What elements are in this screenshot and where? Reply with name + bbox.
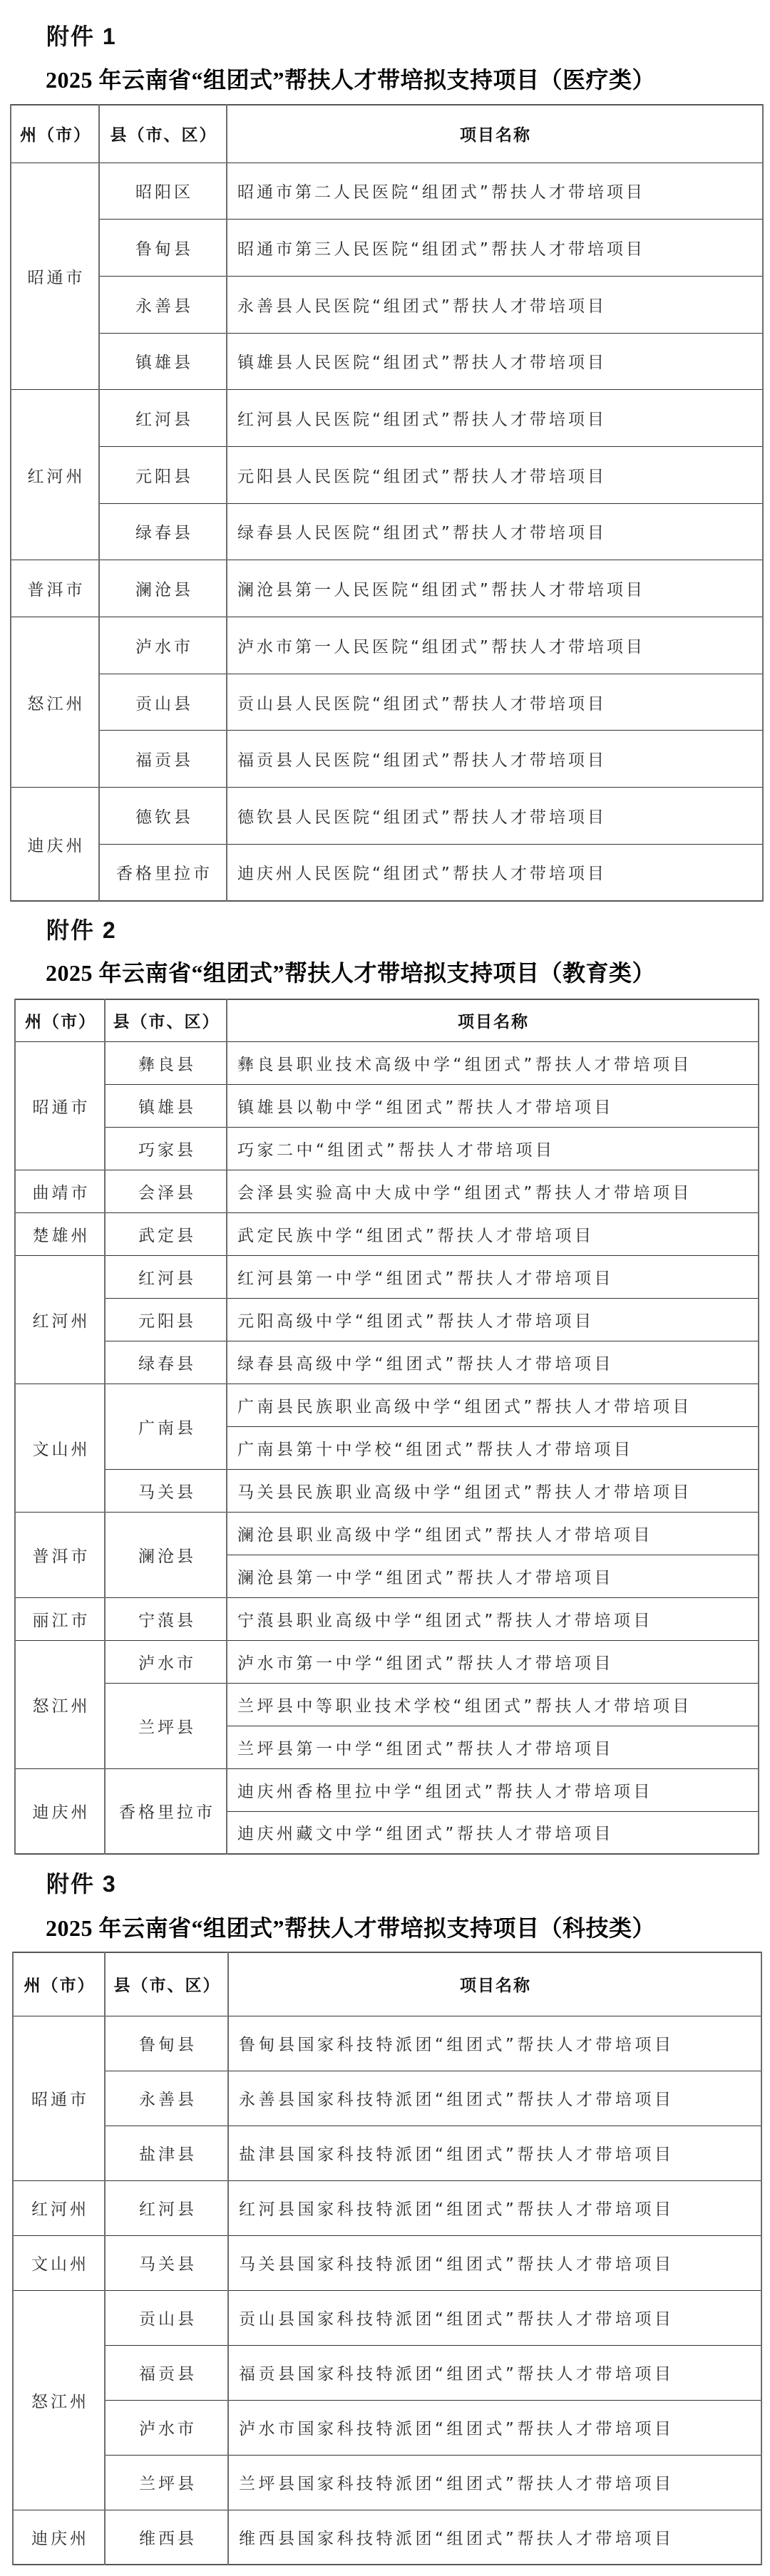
county-cell: 巧家县 — [105, 1127, 227, 1170]
table-row: 兰坪县 兰坪县国家科技特派团“组团式”帮扶人才带培项目 — [13, 2455, 761, 2510]
project-cell: 德钦县人民医院“组团式”帮扶人才带培项目 — [227, 788, 763, 845]
county-cell: 武定县 — [105, 1212, 227, 1255]
table-row: 镇雄县 镇雄县人民医院“组团式”帮扶人才带培项目 — [11, 333, 763, 390]
attachment-title: 2025 年云南省“组团式”帮扶人才带培拟支持项目（科技类） — [46, 1915, 655, 1942]
header-project: 项目名称 — [227, 105, 763, 163]
county-cell: 香格里拉市 — [105, 1768, 227, 1854]
table-row: 红河州 红河县 红河县第一中学“组团式”帮扶人才带培项目 — [15, 1255, 759, 1298]
project-cell: 澜沧县第一中学“组团式”帮扶人才带培项目 — [227, 1555, 759, 1597]
table-row: 福贡县 福贡县国家科技特派团“组团式”帮扶人才带培项目 — [13, 2345, 761, 2400]
prefecture-cell: 红河州 — [13, 2180, 105, 2235]
project-cell: 广南县民族职业高级中学“组团式”帮扶人才带培项目 — [227, 1384, 759, 1426]
project-cell: 宁蒗县职业高级中学“组团式”帮扶人才带培项目 — [227, 1597, 759, 1640]
prefecture-cell: 怒江州 — [15, 1640, 105, 1768]
county-cell: 泸水市 — [99, 617, 227, 674]
table-row: 镇雄县 镇雄县以勒中学“组团式”帮扶人才带培项目 — [15, 1084, 759, 1127]
table-row: 昭通市 彝良县 彝良县职业技术高级中学“组团式”帮扶人才带培项目 — [15, 1041, 759, 1084]
county-cell: 宁蒗县 — [105, 1597, 227, 1640]
project-cell: 鲁甸县国家科技特派团“组团式”帮扶人才带培项目 — [228, 2016, 761, 2071]
county-cell: 兰坪县 — [105, 1683, 227, 1768]
prefecture-cell: 怒江州 — [11, 617, 99, 788]
table-row: 昭通市 鲁甸县 鲁甸县国家科技特派团“组团式”帮扶人才带培项目 — [13, 2016, 761, 2071]
project-cell: 兰坪县第一中学“组团式”帮扶人才带培项目 — [227, 1726, 759, 1768]
table-row: 红河州 红河县 红河县国家科技特派团“组团式”帮扶人才带培项目 — [13, 2180, 761, 2235]
project-cell: 兰坪县国家科技特派团“组团式”帮扶人才带培项目 — [228, 2455, 761, 2510]
project-cell: 盐津县国家科技特派团“组团式”帮扶人才带培项目 — [228, 2126, 761, 2180]
attachment-title: 2025 年云南省“组团式”帮扶人才带培拟支持项目（医疗类） — [46, 66, 655, 93]
county-cell: 马关县 — [105, 1469, 227, 1512]
county-cell: 维西县 — [105, 2510, 228, 2565]
table-row: 怒江州 泸水市 泸水市第一人民医院“组团式”帮扶人才带培项目 — [11, 617, 763, 674]
county-cell: 广南县 — [105, 1384, 227, 1469]
table-row: 泸水市 泸水市国家科技特派团“组团式”帮扶人才带培项目 — [13, 2400, 761, 2455]
county-cell: 元阳县 — [99, 446, 227, 503]
county-cell: 福贡县 — [99, 731, 227, 788]
project-cell: 昭通市第三人民医院“组团式”帮扶人才带培项目 — [227, 220, 763, 277]
county-cell: 永善县 — [105, 2071, 228, 2126]
county-cell: 红河县 — [105, 1255, 227, 1298]
table-row: 普洱市 澜沧县 澜沧县职业高级中学“组团式”帮扶人才带培项目 — [15, 1512, 759, 1555]
attachment-label: 附件 1 — [46, 24, 117, 49]
project-cell: 红河县国家科技特派团“组团式”帮扶人才带培项目 — [228, 2180, 761, 2235]
county-cell: 红河县 — [99, 390, 227, 447]
project-cell: 巧家二中“组团式”帮扶人才带培项目 — [227, 1127, 759, 1170]
table-row: 巧家县 巧家二中“组团式”帮扶人才带培项目 — [15, 1127, 759, 1170]
header-county: 县（市、区） — [105, 1952, 228, 2016]
prefecture-cell: 迪庆州 — [15, 1768, 105, 1854]
county-cell: 香格里拉市 — [99, 844, 227, 901]
county-cell: 会泽县 — [105, 1170, 227, 1212]
project-cell: 迪庆州藏文中学“组团式”帮扶人才带培项目 — [227, 1811, 759, 1854]
prefecture-cell: 楚雄州 — [15, 1212, 105, 1255]
document-page: 附件 1 2025 年云南省“组团式”帮扶人才带培拟支持项目（医疗类） 州（市）… — [0, 0, 770, 2576]
project-cell: 泸水市第一中学“组团式”帮扶人才带培项目 — [227, 1640, 759, 1683]
prefecture-cell: 迪庆州 — [13, 2510, 105, 2565]
county-cell: 绿春县 — [99, 503, 227, 560]
project-cell: 绿春县高级中学“组团式”帮扶人才带培项目 — [227, 1341, 759, 1384]
table-row: 元阳县 元阳高级中学“组团式”帮扶人才带培项目 — [15, 1298, 759, 1341]
table-row: 普洱市 澜沧县 澜沧县第一人民医院“组团式”帮扶人才带培项目 — [11, 560, 763, 617]
project-cell: 绿春县人民医院“组团式”帮扶人才带培项目 — [227, 503, 763, 560]
prefecture-cell: 红河州 — [11, 390, 99, 560]
project-cell: 泸水市第一人民医院“组团式”帮扶人才带培项目 — [227, 617, 763, 674]
prefecture-cell: 普洱市 — [15, 1512, 105, 1597]
table-row: 元阳县 元阳县人民医院“组团式”帮扶人才带培项目 — [11, 446, 763, 503]
table-row: 绿春县 绿春县人民医院“组团式”帮扶人才带培项目 — [11, 503, 763, 560]
prefecture-cell: 丽江市 — [15, 1597, 105, 1640]
medical-project-table: 州（市） 县（市、区） 项目名称 昭通市 昭阳区 昭通市第二人民医院“组团式”帮… — [10, 104, 764, 902]
attachment-label: 附件 3 — [46, 1871, 117, 1897]
prefecture-cell: 怒江州 — [13, 2290, 105, 2510]
county-cell: 福贡县 — [105, 2345, 228, 2400]
project-cell: 元阳高级中学“组团式”帮扶人才带培项目 — [227, 1298, 759, 1341]
project-cell: 红河县第一中学“组团式”帮扶人才带培项目 — [227, 1255, 759, 1298]
county-cell: 镇雄县 — [99, 333, 227, 390]
project-cell: 镇雄县以勒中学“组团式”帮扶人才带培项目 — [227, 1084, 759, 1127]
county-cell: 鲁甸县 — [105, 2016, 228, 2071]
project-cell: 迪庆州香格里拉中学“组团式”帮扶人才带培项目 — [227, 1768, 759, 1811]
project-cell: 广南县第十中学校“组团式”帮扶人才带培项目 — [227, 1426, 759, 1469]
table-row: 迪庆州 维西县 维西县国家科技特派团“组团式”帮扶人才带培项目 — [13, 2510, 761, 2565]
table-row: 永善县 永善县国家科技特派团“组团式”帮扶人才带培项目 — [13, 2071, 761, 2126]
project-cell: 会泽县实验高中大成中学“组团式”帮扶人才带培项目 — [227, 1170, 759, 1212]
table-header-row: 州（市） 县（市、区） 项目名称 — [11, 105, 763, 163]
prefecture-cell: 昭通市 — [13, 2016, 105, 2180]
header-project: 项目名称 — [228, 1952, 761, 2016]
table-row: 怒江州 贡山县 贡山县国家科技特派团“组团式”帮扶人才带培项目 — [13, 2290, 761, 2345]
header-county: 县（市、区） — [99, 105, 227, 163]
project-cell: 永善县人民医院“组团式”帮扶人才带培项目 — [227, 276, 763, 333]
project-cell: 澜沧县职业高级中学“组团式”帮扶人才带培项目 — [227, 1512, 759, 1555]
county-cell: 贡山县 — [105, 2290, 228, 2345]
county-cell: 昭阳区 — [99, 163, 227, 220]
header-prefecture: 州（市） — [11, 105, 99, 163]
table-row: 福贡县 福贡县人民医院“组团式”帮扶人才带培项目 — [11, 731, 763, 788]
prefecture-cell: 红河州 — [15, 1255, 105, 1384]
project-cell: 马关县国家科技特派团“组团式”帮扶人才带培项目 — [228, 2235, 761, 2290]
table-header-row: 州（市） 县（市、区） 项目名称 — [13, 1952, 761, 2016]
county-cell: 彝良县 — [105, 1041, 227, 1084]
prefecture-cell: 昭通市 — [15, 1041, 105, 1170]
table-row: 贡山县 贡山县人民医院“组团式”帮扶人才带培项目 — [11, 674, 763, 731]
county-cell: 德钦县 — [99, 788, 227, 845]
prefecture-cell: 文山州 — [13, 2235, 105, 2290]
county-cell: 贡山县 — [99, 674, 227, 731]
project-cell: 彝良县职业技术高级中学“组团式”帮扶人才带培项目 — [227, 1041, 759, 1084]
header-project: 项目名称 — [227, 999, 759, 1041]
county-cell: 马关县 — [105, 2235, 228, 2290]
prefecture-cell: 迪庆州 — [11, 788, 99, 901]
project-cell: 元阳县人民医院“组团式”帮扶人才带培项目 — [227, 446, 763, 503]
county-cell: 澜沧县 — [99, 560, 227, 617]
project-cell: 贡山县国家科技特派团“组团式”帮扶人才带培项目 — [228, 2290, 761, 2345]
table-row: 红河州 红河县 红河县人民医院“组团式”帮扶人才带培项目 — [11, 390, 763, 447]
county-cell: 永善县 — [99, 276, 227, 333]
county-cell: 兰坪县 — [105, 2455, 228, 2510]
header-prefecture: 州（市） — [15, 999, 105, 1041]
project-cell: 迪庆州人民医院“组团式”帮扶人才带培项目 — [227, 844, 763, 901]
project-cell: 红河县人民医院“组团式”帮扶人才带培项目 — [227, 390, 763, 447]
table-row: 鲁甸县 昭通市第三人民医院“组团式”帮扶人才带培项目 — [11, 220, 763, 277]
prefecture-cell: 普洱市 — [11, 560, 99, 617]
attachment-label: 附件 2 — [46, 917, 117, 943]
education-project-table: 州（市） 县（市、区） 项目名称 昭通市 彝良县 彝良县职业技术高级中学“组团式… — [14, 999, 759, 1855]
project-cell: 镇雄县人民医院“组团式”帮扶人才带培项目 — [227, 333, 763, 390]
table-row: 文山州 马关县 马关县国家科技特派团“组团式”帮扶人才带培项目 — [13, 2235, 761, 2290]
table-row: 文山州 广南县 广南县民族职业高级中学“组团式”帮扶人才带培项目 — [15, 1384, 759, 1426]
table-row: 兰坪县 兰坪县中等职业技术学校“组团式”帮扶人才带培项目 — [15, 1683, 759, 1726]
attachment-title: 2025 年云南省“组团式”帮扶人才带培拟支持项目（教育类） — [46, 959, 655, 986]
header-county: 县（市、区） — [105, 999, 227, 1041]
table-row: 丽江市 宁蒗县 宁蒗县职业高级中学“组团式”帮扶人才带培项目 — [15, 1597, 759, 1640]
county-cell: 泸水市 — [105, 2400, 228, 2455]
project-cell: 贡山县人民医院“组团式”帮扶人才带培项目 — [227, 674, 763, 731]
table-row: 曲靖市 会泽县 会泽县实验高中大成中学“组团式”帮扶人才带培项目 — [15, 1170, 759, 1212]
project-cell: 马关县民族职业高级中学“组团式”帮扶人才带培项目 — [227, 1469, 759, 1512]
table-row: 楚雄州 武定县 武定民族中学“组团式”帮扶人才带培项目 — [15, 1212, 759, 1255]
technology-project-table: 州（市） 县（市、区） 项目名称 昭通市 鲁甸县 鲁甸县国家科技特派团“组团式”… — [12, 1952, 762, 2565]
prefecture-cell: 昭通市 — [11, 163, 99, 390]
county-cell: 盐津县 — [105, 2126, 228, 2180]
project-cell: 维西县国家科技特派团“组团式”帮扶人才带培项目 — [228, 2510, 761, 2565]
county-cell: 绿春县 — [105, 1341, 227, 1384]
project-cell: 福贡县人民医院“组团式”帮扶人才带培项目 — [227, 731, 763, 788]
project-cell: 武定民族中学“组团式”帮扶人才带培项目 — [227, 1212, 759, 1255]
county-cell: 泸水市 — [105, 1640, 227, 1683]
table-row: 盐津县 盐津县国家科技特派团“组团式”帮扶人才带培项目 — [13, 2126, 761, 2180]
prefecture-cell: 文山州 — [15, 1384, 105, 1512]
table-header-row: 州（市） 县（市、区） 项目名称 — [15, 999, 759, 1041]
table-row: 昭通市 昭阳区 昭通市第二人民医院“组团式”帮扶人才带培项目 — [11, 163, 763, 220]
table-row: 绿春县 绿春县高级中学“组团式”帮扶人才带培项目 — [15, 1341, 759, 1384]
table-row: 香格里拉市 迪庆州人民医院“组团式”帮扶人才带培项目 — [11, 844, 763, 901]
table-row: 怒江州 泸水市 泸水市第一中学“组团式”帮扶人才带培项目 — [15, 1640, 759, 1683]
county-cell: 澜沧县 — [105, 1512, 227, 1597]
county-cell: 元阳县 — [105, 1298, 227, 1341]
project-cell: 泸水市国家科技特派团“组团式”帮扶人才带培项目 — [228, 2400, 761, 2455]
table-row: 永善县 永善县人民医院“组团式”帮扶人才带培项目 — [11, 276, 763, 333]
table-row: 迪庆州 德钦县 德钦县人民医院“组团式”帮扶人才带培项目 — [11, 788, 763, 845]
project-cell: 昭通市第二人民医院“组团式”帮扶人才带培项目 — [227, 163, 763, 220]
county-cell: 鲁甸县 — [99, 220, 227, 277]
project-cell: 澜沧县第一人民医院“组团式”帮扶人才带培项目 — [227, 560, 763, 617]
prefecture-cell: 曲靖市 — [15, 1170, 105, 1212]
header-prefecture: 州（市） — [13, 1952, 105, 2016]
table-row: 迪庆州 香格里拉市 迪庆州香格里拉中学“组团式”帮扶人才带培项目 — [15, 1768, 759, 1811]
project-cell: 兰坪县中等职业技术学校“组团式”帮扶人才带培项目 — [227, 1683, 759, 1726]
project-cell: 福贡县国家科技特派团“组团式”帮扶人才带培项目 — [228, 2345, 761, 2400]
project-cell: 永善县国家科技特派团“组团式”帮扶人才带培项目 — [228, 2071, 761, 2126]
county-cell: 镇雄县 — [105, 1084, 227, 1127]
table-row: 马关县 马关县民族职业高级中学“组团式”帮扶人才带培项目 — [15, 1469, 759, 1512]
county-cell: 红河县 — [105, 2180, 228, 2235]
